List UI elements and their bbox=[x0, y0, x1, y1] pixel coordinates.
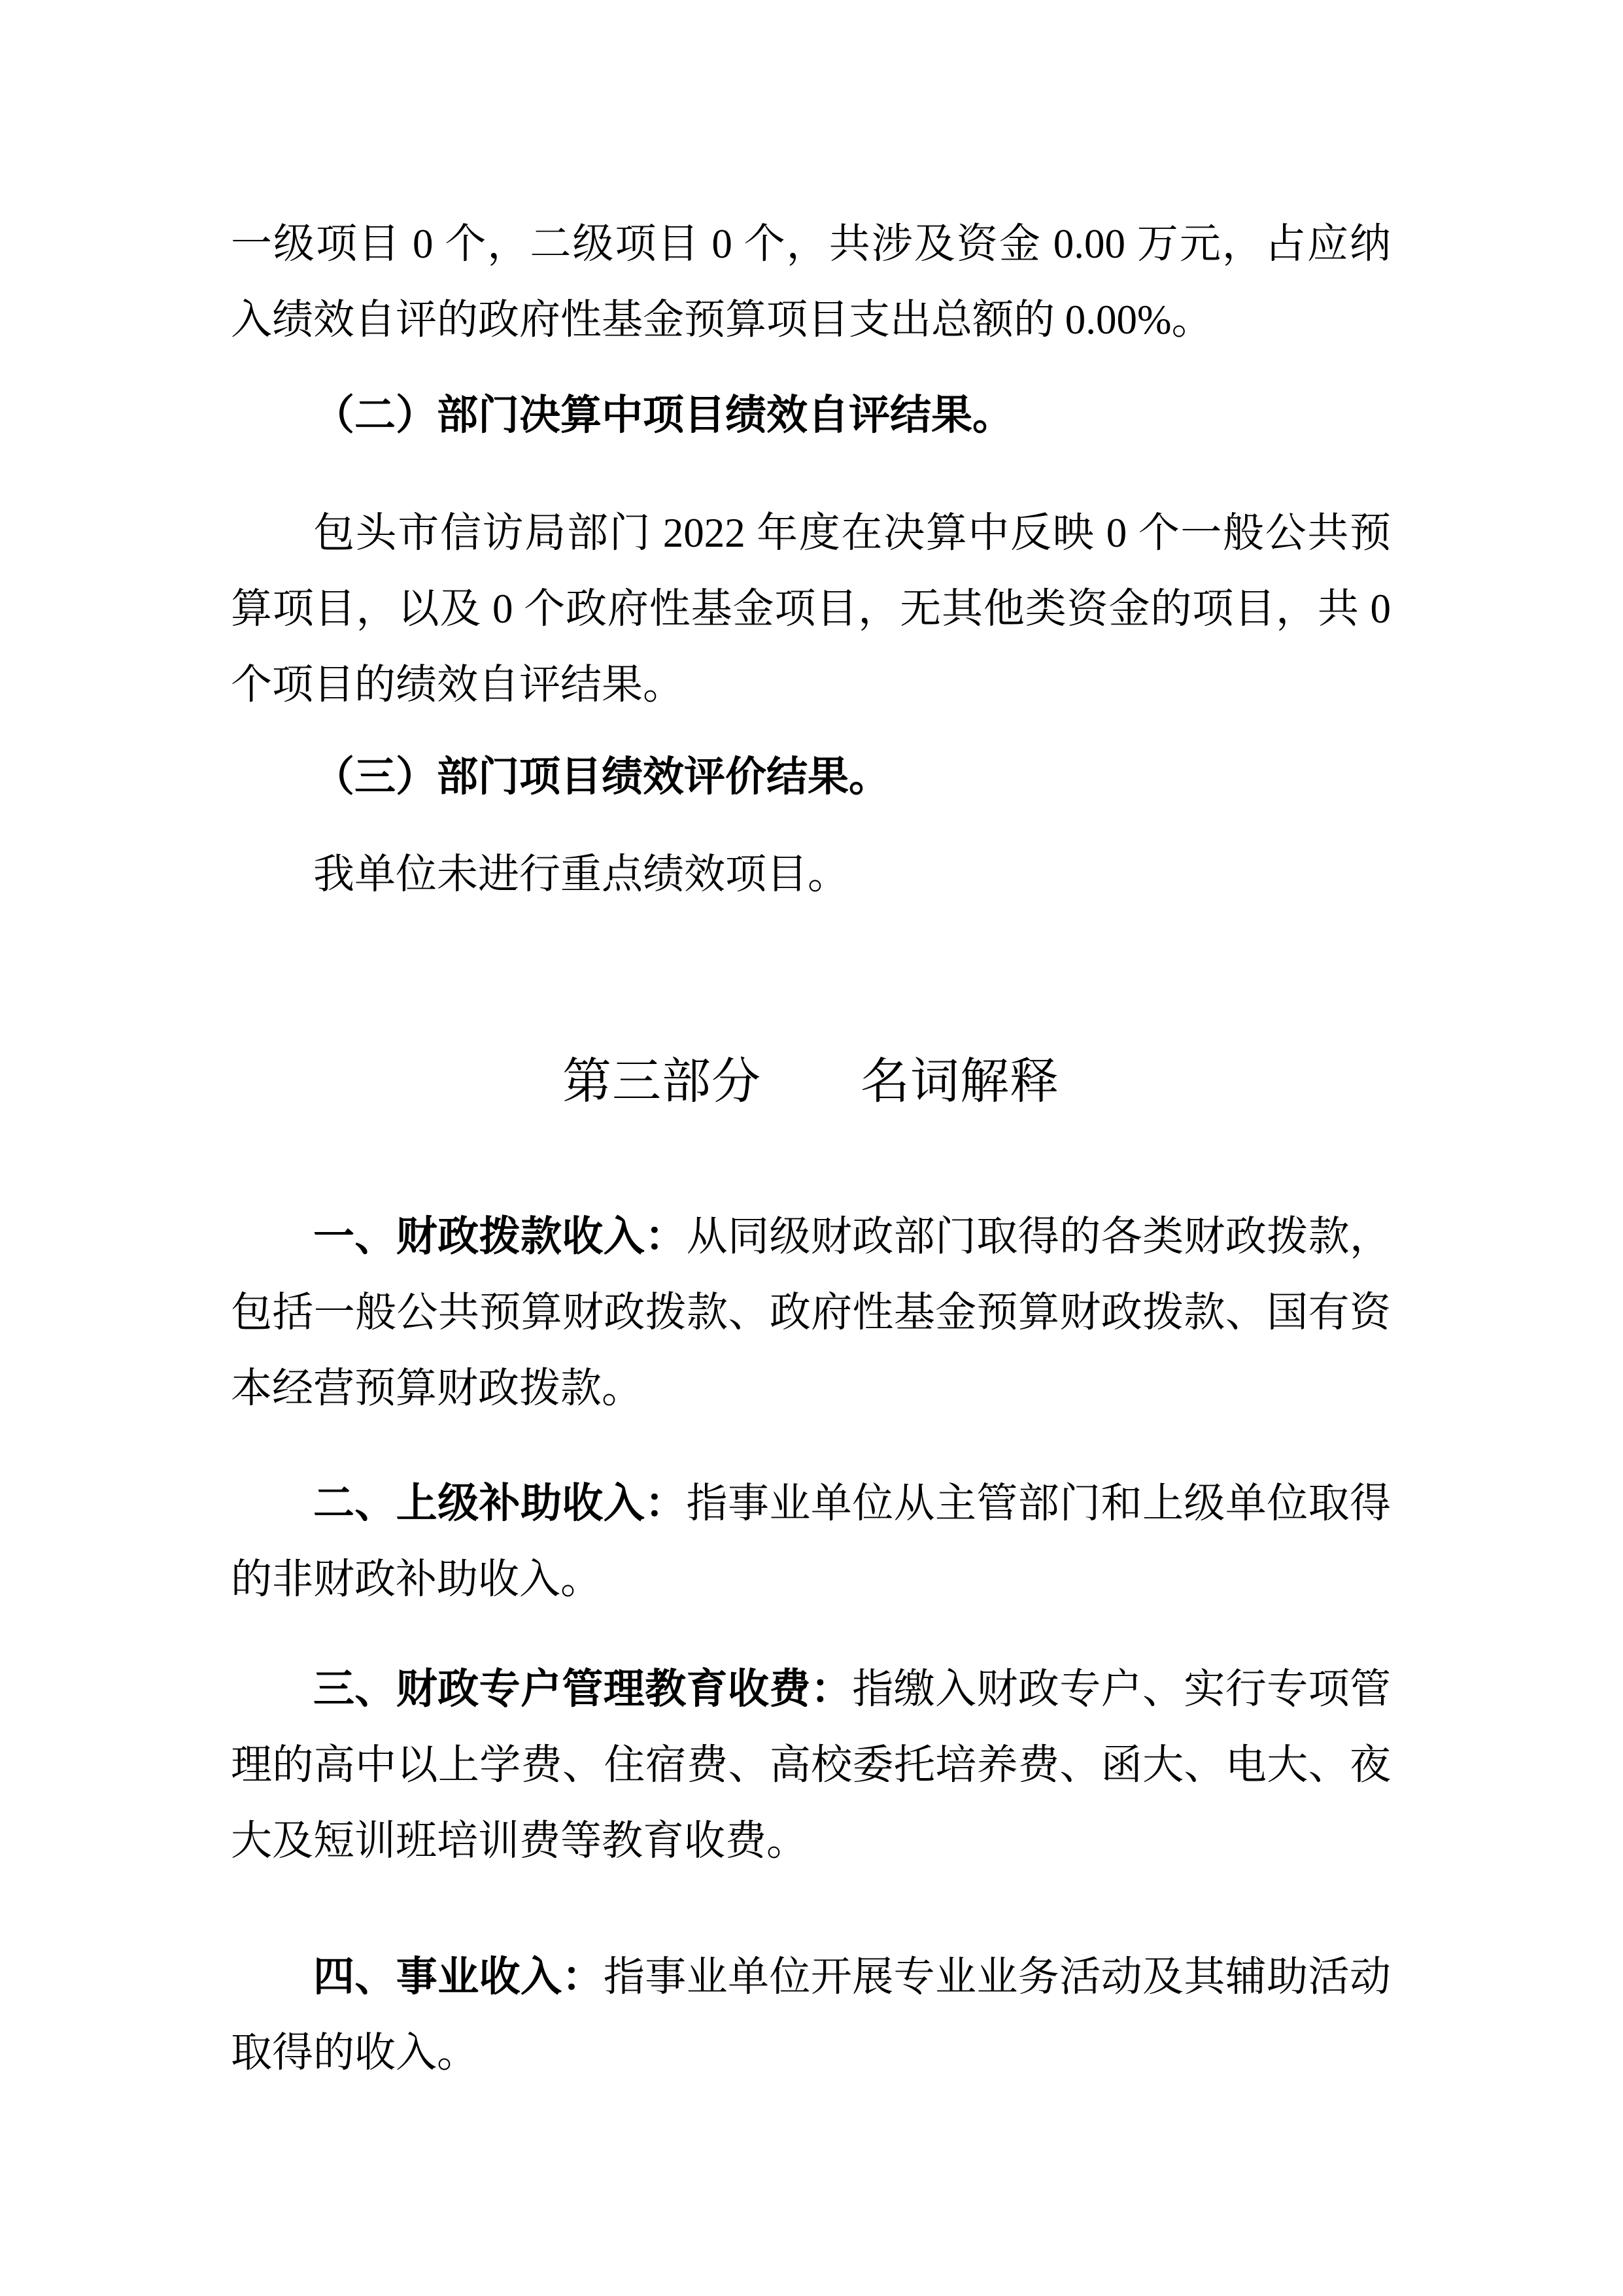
term-definition-3: 三、财政专户管理教育收费：指缴入财政专户、实行专项管理的高中以上学费、住宿费、高… bbox=[231, 1651, 1391, 1879]
term2-name: 二、上级补助收入： bbox=[313, 1481, 687, 1526]
term4-name: 四、事业收入： bbox=[313, 1954, 604, 2000]
carryover-paragraph: 一级项目 0 个，二级项目 0 个，共涉及资金 0.00 万元，占应纳入绩效自评… bbox=[231, 206, 1391, 358]
term1-name: 一、财政拨款收入： bbox=[313, 1214, 687, 1259]
term3-name: 三、财政专户管理教育收费： bbox=[313, 1666, 852, 1712]
part3-title: 第三部分 名词解释 bbox=[231, 1043, 1391, 1122]
section2-heading: （二）部门决算中项目绩效自评结果。 bbox=[231, 377, 1391, 453]
term-definition-2: 二、上级补助收入：指事业单位从主管部门和上级单位取得的非财政补助收入。 bbox=[231, 1465, 1391, 1617]
term-definition-1: 一、财政拨款收入：从同级财政部门取得的各类财政拨款，包括一般公共预算财政拨款、政… bbox=[231, 1199, 1391, 1426]
section2-paragraph: 包头市信访局部门 2022 年度在决算中反映 0 个一般公共预算项目，以及 0 … bbox=[231, 495, 1391, 723]
section3-heading: （三）部门项目绩效评价结果。 bbox=[231, 739, 1391, 815]
term-definition-4: 四、事业收入：指事业单位开展专业业务活动及其辅助活动取得的收入。 bbox=[231, 1939, 1391, 2091]
section3-paragraph: 我单位未进行重点绩效项目。 bbox=[231, 836, 1391, 912]
document-page: 一级项目 0 个，二级项目 0 个，共涉及资金 0.00 万元，占应纳入绩效自评… bbox=[0, 0, 1623, 2296]
